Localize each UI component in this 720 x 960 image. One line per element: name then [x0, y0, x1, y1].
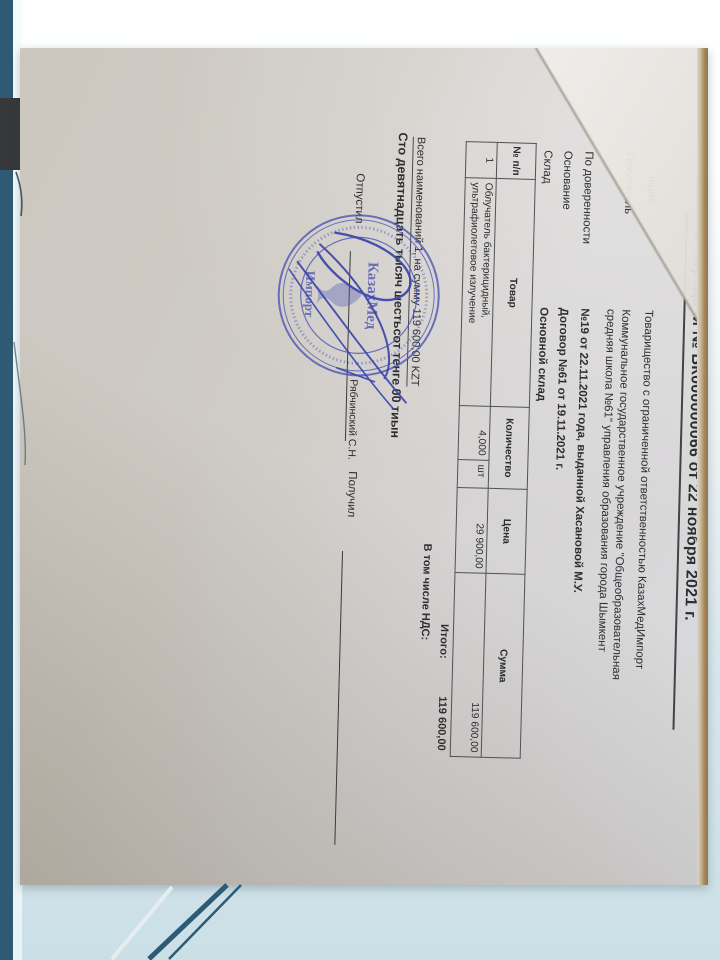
- field-label-supplier: вщик: [645, 176, 658, 203]
- field-label-attorney: По доверенности: [580, 151, 594, 244]
- received-signature-line: [334, 551, 358, 845]
- cell-product: Облучатель бактерицидный, ультрафиолетов…: [460, 178, 496, 407]
- cell-unit: шт: [458, 460, 489, 489]
- slide-background: ема-передачи № БК000000066 от 22 ноября …: [0, 0, 720, 960]
- field-label-warehouse: Склад: [541, 150, 554, 184]
- field-label-buyer: Покупатель: [622, 152, 636, 214]
- total-value: 119 600,00: [435, 644, 450, 751]
- cell-price: 29 900,00: [455, 488, 488, 574]
- decor-line-dark-1: [149, 885, 227, 959]
- cell-num: 1: [466, 142, 497, 179]
- field-label-basis: Основание: [560, 151, 574, 210]
- field-value-attorney: №19 от 22.11.2021 года, выданной Хасанов…: [571, 308, 590, 593]
- decor-line-dark-2: [169, 885, 241, 959]
- col-header-sum: Сумма: [481, 573, 525, 758]
- col-header-qty: Количество: [488, 406, 529, 489]
- transfer-act-document: ема-передачи № БК000000066 от 22 ноября …: [24, 85, 708, 885]
- col-header-product: Товар: [490, 178, 535, 407]
- field-value-warehouse: Основной склад: [535, 307, 549, 401]
- vat-label: В том числе НДС:: [419, 475, 435, 640]
- goods-table: № п/п Товар Количество Цена Сумма 1 Облу…: [450, 141, 537, 759]
- handwritten-signature: [270, 203, 441, 422]
- decor-line-light: [112, 887, 172, 959]
- field-value-basis: Договор №61 от 19.11.2021 г.: [553, 308, 569, 471]
- dark-edge-tab: [0, 98, 21, 170]
- col-header-price: Цена: [486, 488, 527, 574]
- field-value-supplier: Товарищество с ограниченной ответственно…: [633, 310, 654, 669]
- document-photo: ема-передачи № БК000000066 от 22 ноября …: [20, 48, 708, 885]
- vat-value: [428, 643, 431, 750]
- total-label: Итого:: [437, 496, 453, 659]
- cell-qty: 4,000: [458, 406, 490, 461]
- paper-stack-edge: [697, 48, 708, 885]
- col-header-num: № п/п: [496, 142, 536, 179]
- received-by-label: Получил: [345, 471, 358, 517]
- cell-sum: 119 600,00: [451, 572, 486, 757]
